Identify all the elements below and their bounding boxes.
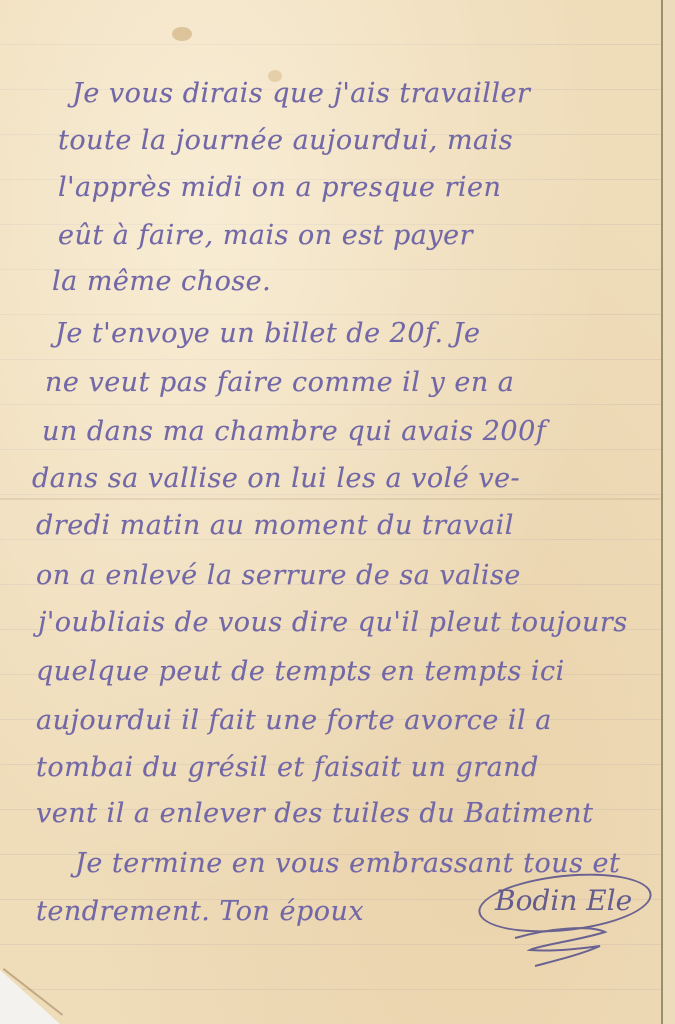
letter-line: dans sa vallise on lui les a volé ve- bbox=[32, 463, 520, 494]
letter-line: tombai du grésil et faisait un grand bbox=[36, 752, 539, 783]
letter-line: un dans ma chambre qui avais 200f bbox=[42, 416, 546, 447]
letter-line: toute la journée aujourdui, mais bbox=[58, 125, 513, 156]
letter-line: aujourdui il fait une forte avorce il a bbox=[36, 705, 552, 736]
letter-line: la même chose. bbox=[52, 266, 271, 297]
letter-line: vent il a enlever des tuiles du Batiment bbox=[36, 798, 593, 829]
paper-edge-strip bbox=[663, 0, 675, 1024]
letter-line: Je termine en vous embrassant tous et bbox=[75, 848, 620, 879]
signature-flourish-icon bbox=[510, 920, 620, 970]
signature: Bodin Ele bbox=[495, 884, 632, 917]
letter-closing: tendrement. Ton époux bbox=[36, 896, 364, 927]
letter-line: Je t'envoye un billet de 20f. Je bbox=[55, 318, 481, 349]
letter-line: j'oubliais de vous dire qu'il pleut touj… bbox=[38, 607, 628, 638]
letter-line: ne veut pas faire comme il y en a bbox=[45, 367, 514, 398]
letter-line: l'apprès midi on a presque rien bbox=[58, 172, 501, 203]
letter-line: dredi matin au moment du travail bbox=[36, 510, 514, 541]
letter-line: on a enlevé la serrure de sa valise bbox=[36, 560, 521, 591]
letter-line: Je vous dirais que j'ais travailler bbox=[72, 78, 530, 109]
letter-line: eût à faire, mais on est payer bbox=[58, 220, 473, 251]
letter-line: quelque peut de tempts en tempts ici bbox=[36, 656, 565, 687]
letter-body: Je vous dirais que j'ais travailler tout… bbox=[0, 0, 660, 1024]
